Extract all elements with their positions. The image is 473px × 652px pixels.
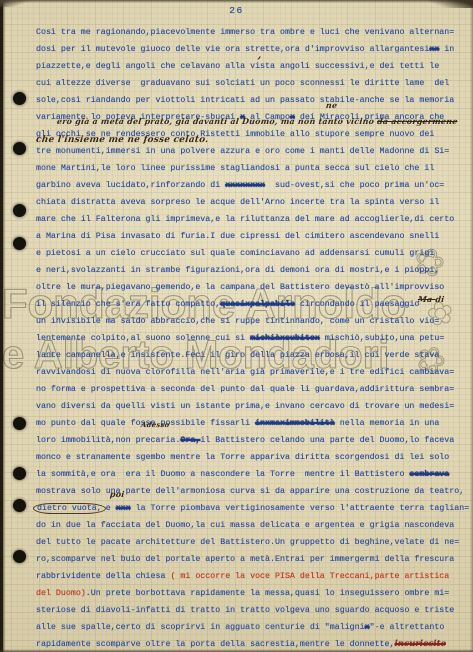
struck-segment: michiàxsubitox <box>250 334 320 343</box>
typed-segment: Così tra me ragionando,piacevolmente imm… <box>36 28 454 37</box>
handwritten-note: Adesso <box>141 420 170 429</box>
typed-line: mo punto dal quale fosse possibile fissa… <box>36 415 466 432</box>
typed-segment: circondando il paesaggio <box>295 300 419 309</box>
handwritten-note: ero già a metà del prato, già davanti al… <box>56 116 458 126</box>
typed-segment: sud-ovest,si che poco prima un'oc= <box>265 181 444 190</box>
handwritten-note: poi <box>109 489 125 499</box>
typed-segment: e <box>106 504 116 513</box>
typed-segment: mare che il Falterona gli imprimeva,e la… <box>36 215 454 224</box>
typed-segment: un invisibile ma saldo abbraccio,che si … <box>36 317 439 326</box>
typed-segment: no forma e prospettiva a seconda del pun… <box>36 385 454 394</box>
typed-line: e pietosi a un cielo crucciato sul quale… <box>36 245 466 262</box>
struck-segment: quasixpalpabile <box>220 300 295 309</box>
handstruck-segment: incuriosite <box>394 639 446 649</box>
handwritten-text: ero già a metà del prato, già davanti al… <box>56 116 377 126</box>
typed-line: dietro vuota,e xxx la Torre piombava ver… <box>36 500 466 517</box>
typed-line: do in due la facciata del Duomo,la cui m… <box>36 517 466 534</box>
typed-segment: lante campanella,e insistente.Feci il gi… <box>36 351 439 360</box>
typed-segment: mostrava solo una parte dell'armoniosa c… <box>36 487 464 496</box>
typed-segment: tre monumenti,immersi in una polvere azz… <box>36 147 449 156</box>
typed-segment: e pietosi a un cielo crucciato sul quale… <box>36 249 434 258</box>
typed-line: oltre le mura,piegavano gemendo,e la cam… <box>36 279 466 296</box>
handwritten-text: , <box>257 50 262 61</box>
typed-segment: in <box>439 45 454 54</box>
struck-segment: xxx <box>116 504 131 513</box>
punch-hole <box>13 467 26 480</box>
typed-line: ro,scomparve nel buio del portale aperto… <box>36 551 466 568</box>
typed-segment: la Torre piombava vertiginosamente verso… <box>131 504 470 513</box>
typed-segment: del tutto le pacate architetture del Bat… <box>36 538 459 547</box>
typed-segment: mischiò,subito,una petu= <box>320 334 444 343</box>
typed-line: mostrava solo una parte dell'armoniosa c… <box>36 483 466 500</box>
typed-segment: loro immobilità,non precaria. <box>36 436 180 445</box>
typed-segment: e neri,svolazzanti in strambe figurazion… <box>36 266 439 275</box>
typed-line: rapidamente scomparve oltre la porta del… <box>36 636 466 652</box>
typed-line: un invisibile ma saldo abbraccio,che si … <box>36 313 466 330</box>
typed-segment: vano diversi da quelli visti un istante … <box>36 402 454 411</box>
scan-edge-left <box>0 0 5 652</box>
struck-segment: inxmaximmobilità <box>255 419 335 428</box>
typed-segment: monco e stranamente sgembo mentre la Tor… <box>36 453 449 462</box>
typed-line: lentemente colpito,al suono solenne cui … <box>36 330 466 347</box>
typed-line: vano diversi da quelli visti un istante … <box>36 398 466 415</box>
typed-segment: do in due la facciata del Duomo,la cui m… <box>36 521 454 530</box>
typed-line: rabbrividente della chiesa ( mi occorre … <box>36 568 466 585</box>
typed-line: mone Martini,le loro linee purissime sta… <box>36 160 466 177</box>
typed-segment: chiata distratta aveva sorpreso le acque… <box>36 198 439 207</box>
typed-segment: rabbrividente della chiesa <box>36 572 170 581</box>
typed-line: steriose di diavoli-infatti di tratto in… <box>36 602 466 619</box>
typed-line: ravvivandosi di nuova clorofilla nell'ar… <box>36 364 466 381</box>
handwritten-text: di <box>435 294 445 304</box>
typed-line: del Duomo).Un prete borbottava rapidamen… <box>36 585 466 602</box>
struck-segment: sembrava <box>409 470 449 479</box>
typed-segment: oltre le mura,piegavano gemendo,e la cam… <box>36 283 444 292</box>
punch-hole <box>13 92 26 105</box>
typed-line: no forma e prospettiva a seconda del pun… <box>36 381 466 398</box>
handwritten-note: , <box>257 50 262 61</box>
typed-line: garbino aveva lucidato,rinforzando di xx… <box>36 177 466 194</box>
typed-segment: il silenzio che s'era fatto compatto, <box>36 300 220 309</box>
typed-segment: cui altezze diverse graduavano sui solci… <box>36 79 449 88</box>
punch-hole <box>13 499 26 512</box>
typed-line: tre monumenti,immersi in una polvere azz… <box>36 143 466 160</box>
circled-segment: dietro vuota, <box>33 503 106 514</box>
handwritten-text: ne <box>325 100 337 110</box>
page-number: 26 <box>0 5 473 16</box>
typed-segment: .Un prete borbottava rapidamente la mess… <box>86 589 449 598</box>
typed-line: a Marina di Pisa invasato di furia.I due… <box>36 228 466 245</box>
typed-line: mare che il Falterona gli imprimeva,e la… <box>36 211 466 228</box>
typed-line: e neri,svolazzanti in strambe figurazion… <box>36 262 466 279</box>
typed-segment: lentemente colpito,al suono solenne cui … <box>36 334 250 343</box>
typed-line: del tutto le pacate architetture del Bat… <box>36 534 466 551</box>
typed-segment: rapidamente scomparve oltre la porta del… <box>36 640 394 649</box>
handwritten-note: ne <box>325 100 337 110</box>
handwritten-text: che l'insieme me ne fosse celato. <box>35 135 209 145</box>
handwritten-note: Ma di <box>417 294 445 304</box>
punch-hole <box>13 237 26 250</box>
typed-segment: piazzette,e degli angoli che celavano al… <box>36 62 439 71</box>
handwritten-text: Adesso <box>141 420 170 429</box>
typed-line: cui altezze diverse graduavano sui solci… <box>36 75 466 92</box>
typed-red-segment: ( mi occorre la voce PISA della Treccani… <box>170 572 449 581</box>
typed-segment: mone Martini,le loro linee purissime sta… <box>36 164 434 173</box>
typed-segment: a Marina di Pisa invasato di furia.I due… <box>36 232 439 241</box>
punch-hole <box>13 204 26 217</box>
typed-segment: steriose di diavoli-infatti di tratto in… <box>36 606 454 615</box>
typed-segment: ro,scomparve nel buio del portale aperto… <box>36 555 454 564</box>
punch-hole <box>13 550 26 563</box>
typed-line: lante campanella,e insistente.Feci il gi… <box>36 347 466 364</box>
typed-red-segment: del Duomo) <box>36 589 86 598</box>
struck-segment: Ora, <box>180 436 200 445</box>
typed-segment: "-e altrettanto <box>370 623 445 632</box>
handwritten-note: che l'insieme me ne fosse celato. <box>35 135 209 145</box>
typed-line: dosi per il mutevole giuoco delle vie or… <box>36 41 466 58</box>
punch-hole <box>13 417 26 430</box>
typed-line: il silenzio che s'era fatto compatto,qua… <box>36 296 466 313</box>
typed-line: piazzette,e degli angoli che celavano al… <box>36 58 466 75</box>
handwritten-struck-text: Ma <box>417 294 435 304</box>
typed-segment: alle sue spalle,certo di scoprirvi in ag… <box>36 623 365 632</box>
typed-segment: nella memoria in una <box>335 419 440 428</box>
handwritten-text: poi <box>109 489 125 499</box>
handwritten-struck-text: da accorgermene <box>377 116 458 126</box>
typed-segment: ravvivandosi di nuova clorofilla nell'ar… <box>36 368 454 377</box>
typed-segment: sole,così riandando per viottoli intrica… <box>36 96 454 105</box>
typed-segment: la sommità,e ora era il Duomo a nasconde… <box>36 470 409 479</box>
typed-segment: garbino aveva lucidato,rinforzando di <box>36 181 225 190</box>
typed-segment: dosi per il mutevole giuoco delle vie or… <box>36 45 429 54</box>
struck-segment: xxxxxxxx <box>225 181 265 190</box>
scan-edge-top <box>0 0 473 3</box>
typed-line: Così tra me ragionando,piacevolmente imm… <box>36 24 466 41</box>
typed-line: loro immobilità,non precaria.Ora,il Batt… <box>36 432 466 449</box>
typed-line: alle sue spalle,certo di scoprirvi in ag… <box>36 619 466 636</box>
punch-hole <box>13 142 26 155</box>
typed-line: la sommità,e ora era il Duomo a nasconde… <box>36 466 466 483</box>
typed-line: chiata distratta aveva sorpreso le acque… <box>36 194 466 211</box>
typed-segment: il Battistero celando una parte del Duom… <box>200 436 454 445</box>
struck-segment: xx <box>429 45 439 54</box>
typed-line: sole,così riandando per viottoli intrica… <box>36 92 466 109</box>
scanned-manuscript-page: Fondazione Arnoldoe Alberto Mondadori❀✿❀… <box>0 0 473 652</box>
typed-line: monco e stranamente sgembo mentre la Tor… <box>36 449 466 466</box>
